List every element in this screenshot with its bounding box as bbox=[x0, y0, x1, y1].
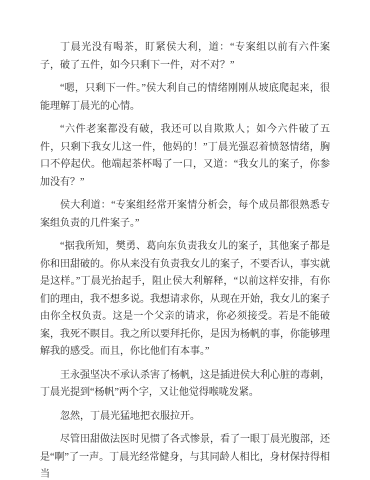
paragraph: 侯大利道：“专案组经常开案情分析会，每个成员都很熟悉专案组负责的几件案子。” bbox=[40, 197, 330, 232]
paragraph: 王永强坚决不承认杀害了杨帆，这是插进侯大利心脏的毒刺，丁晨光提到“杨帆”两个字，… bbox=[40, 367, 330, 402]
book-page: 丁晨光没有喝茶，盯紧侯大利，道：“专案组以前有六件案子，破了五件，如今只剩下一件… bbox=[0, 0, 370, 480]
paragraph: 忽然，丁晨光猛地把衣服拉开。 bbox=[40, 408, 330, 426]
paragraph: “六件老案都没有破，我还可以自欺欺人；如今六件破了五件，只剩下我女儿这一件，他妈… bbox=[40, 121, 330, 191]
paragraph: 尽管田甜做法医时见惯了各式惨景，看了一眼丁晨光腹部，还是“啊”了一声。丁晨光经常… bbox=[40, 431, 330, 480]
paragraph: “嗯，只剩下一件。”侯大利自己的情绪刚刚从坡底爬起来，很能理解丁晨光的心情。 bbox=[40, 80, 330, 115]
paragraph: 丁晨光没有喝茶，盯紧侯大利，道：“专案组以前有六件案子，破了五件，如今只剩下一件… bbox=[40, 39, 330, 74]
paragraph: “据我所知，樊勇、葛向东负责我女儿的案子，其他案子都是你和田甜破的。你从来没有负… bbox=[40, 238, 330, 361]
